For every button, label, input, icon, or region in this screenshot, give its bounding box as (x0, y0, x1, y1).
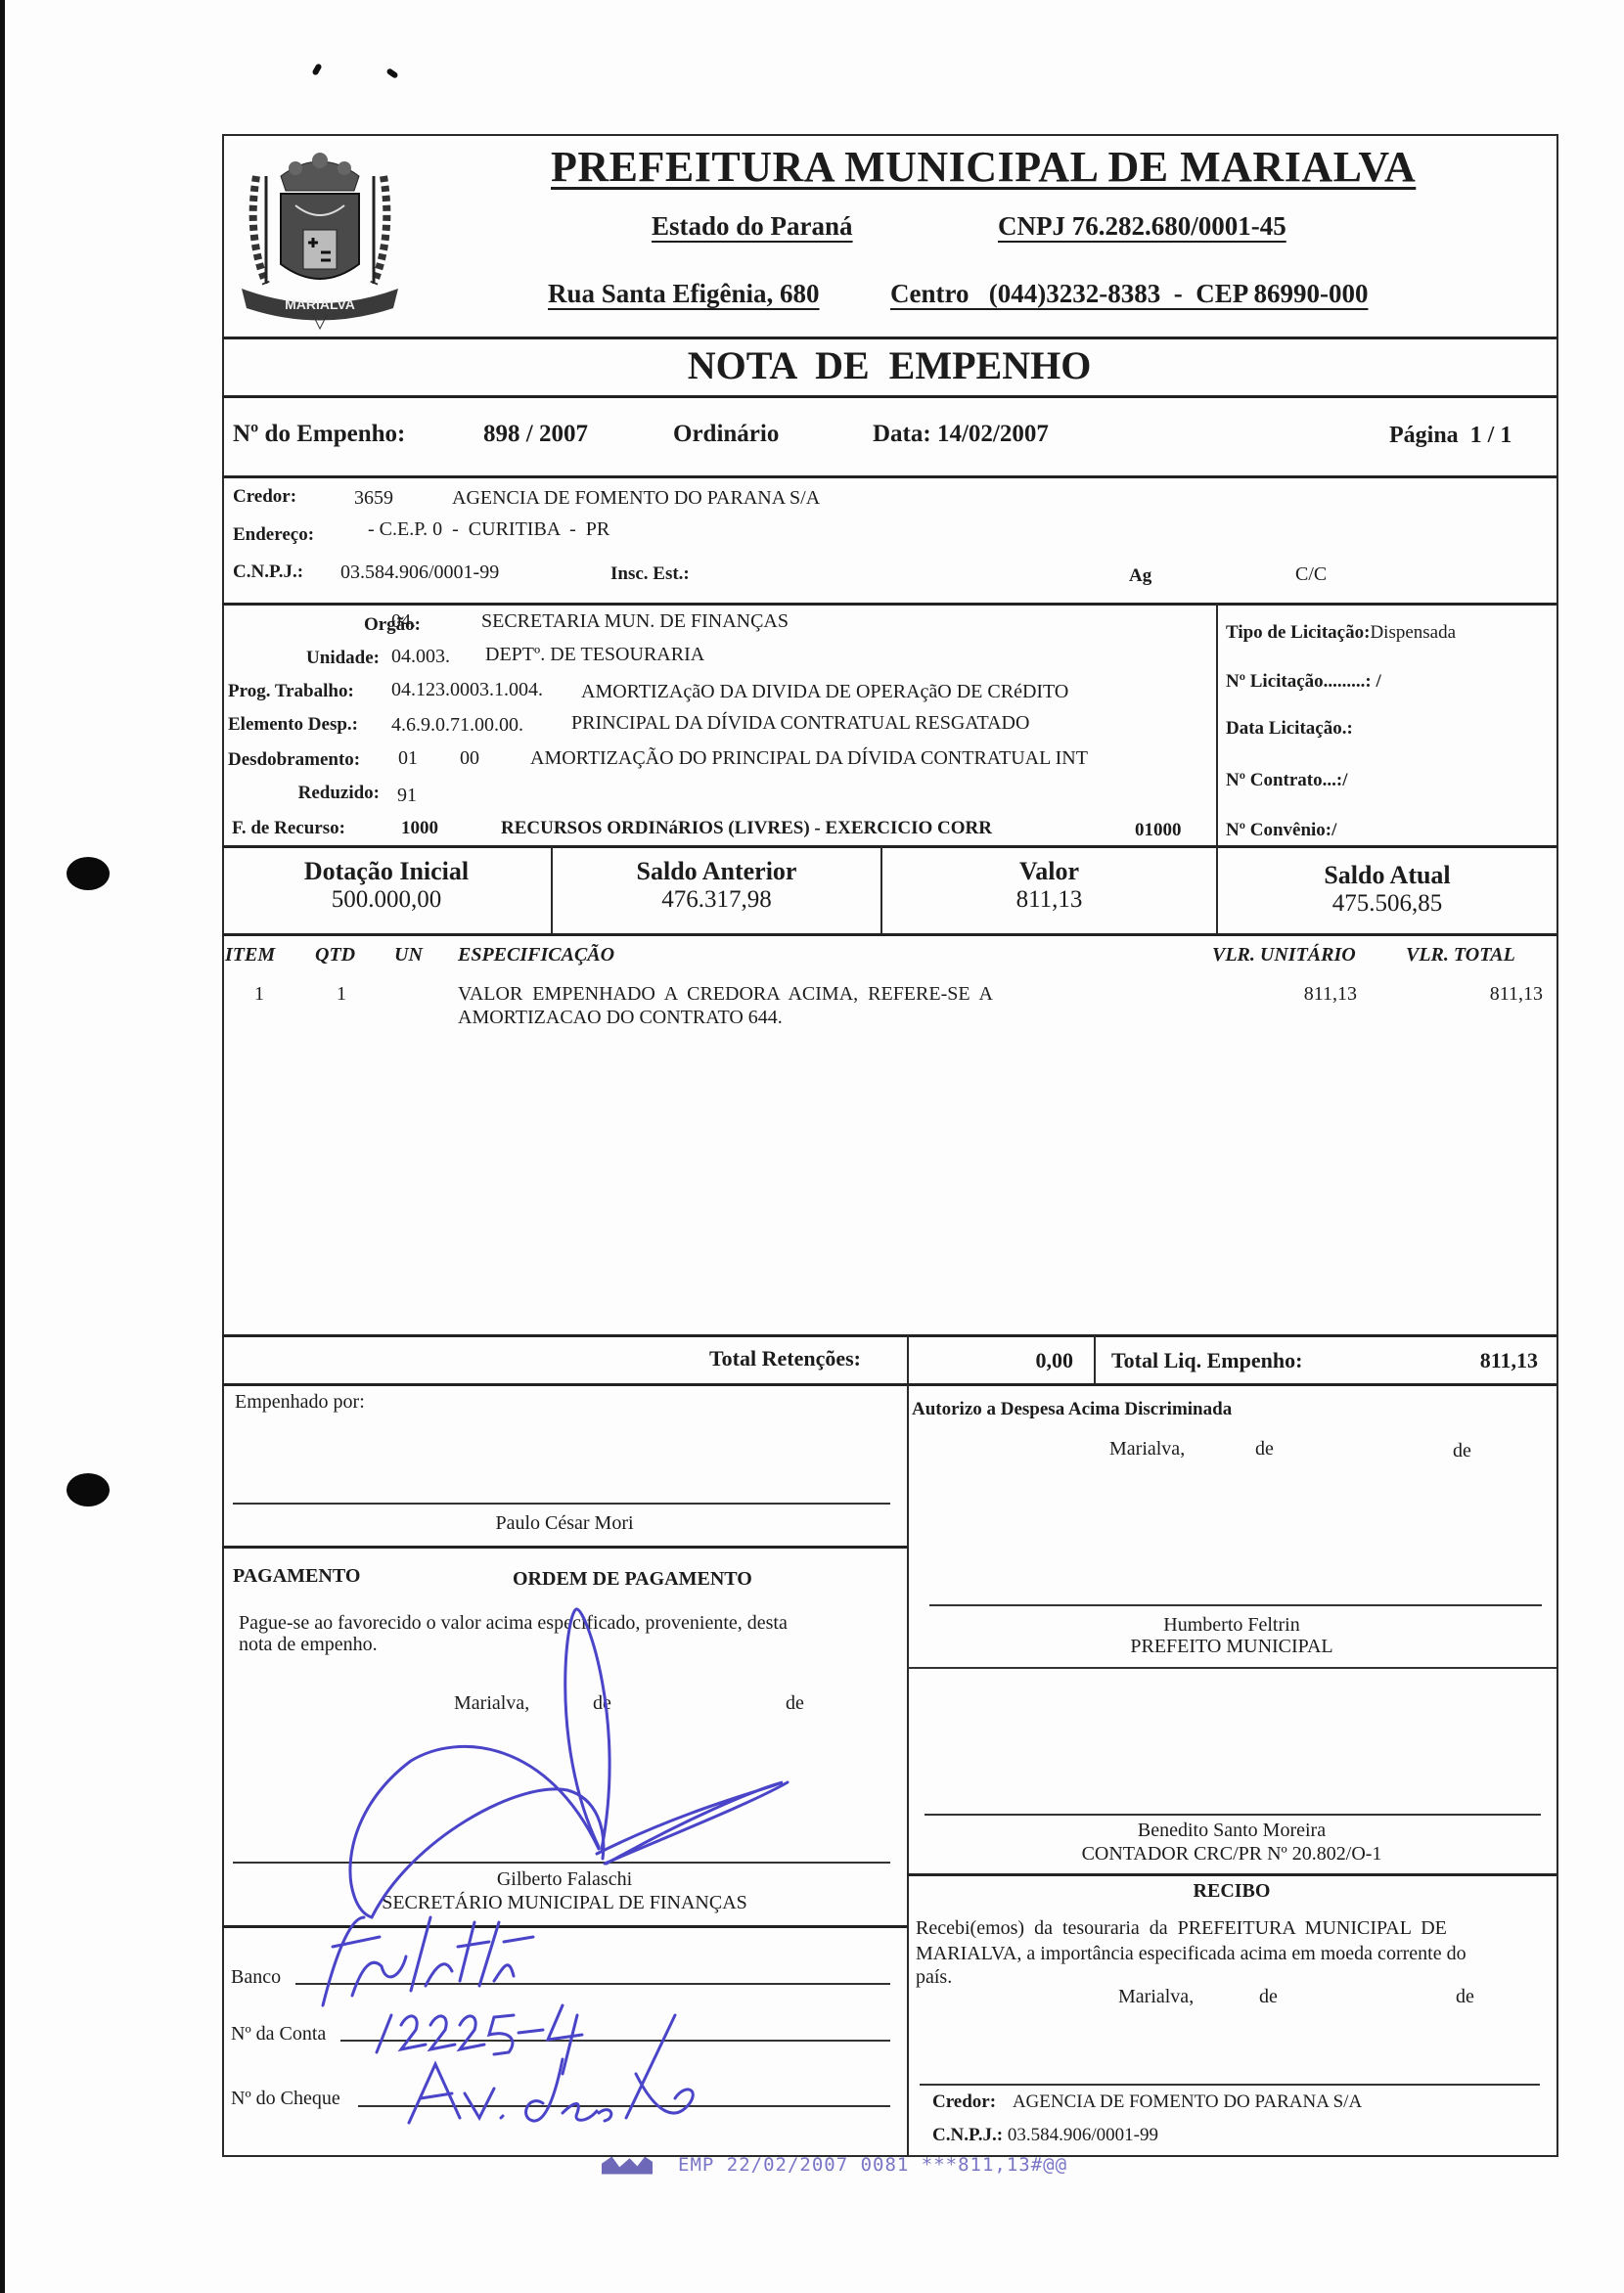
signature-line (929, 1604, 1542, 1606)
elemento-despesa-code: 4.6.9.0.71.00.00. (391, 714, 523, 737)
signature-line (233, 1862, 890, 1864)
pagamento-place: Marialva, (454, 1692, 529, 1715)
elemento-despesa-label: Elemento Desp.: (228, 714, 358, 736)
desdobramento-code-1: 01 (398, 747, 418, 770)
unidade-desc: DEPTº. DE TESOURARIA (485, 644, 704, 666)
item-number: 1 (254, 983, 264, 1006)
empenhado-signer: Paulo César Mori (222, 1512, 907, 1535)
scan-mark (311, 63, 322, 75)
tipo-licitacao-label: Tipo de Licitação: (1226, 622, 1370, 643)
col-qtd: QTD (315, 944, 355, 967)
pagamento-text-1: Pague-se ao favorecido o valor acima esp… (239, 1612, 788, 1635)
state-label: Estado do Paraná (652, 211, 853, 242)
saldo-anterior-label: Saldo Anterior (553, 857, 880, 886)
total-retencoes-label: Total Retenções: (587, 1346, 861, 1371)
dotacao-inicial: Dotação Inicial 500.000,00 (222, 857, 551, 914)
divider (907, 1384, 909, 2155)
saldo-anterior-value: 476.317,98 (553, 886, 880, 914)
dotacao-inicial-label: Dotação Inicial (222, 857, 551, 886)
credor-name: AGENCIA DE FOMENTO DO PARANA S/A (452, 487, 820, 510)
unidade-code: 04.003. (391, 646, 450, 668)
valor-label: Valor (882, 857, 1216, 886)
credor-code: 3659 (354, 487, 393, 510)
autorizo-de-2: de (1453, 1440, 1471, 1462)
item-spec-line-2: AMORTIZACAO DO CONTRATO 644. (458, 1007, 783, 1029)
pagamento-text-2: nota de empenho. (239, 1634, 378, 1656)
banco-field-line[interactable] (295, 1983, 890, 1985)
col-item: ITEM (225, 944, 275, 967)
saldo-atual: Saldo Atual 475.506,85 (1218, 861, 1556, 918)
recibo-de-1: de (1259, 1986, 1278, 2008)
saldo-atual-label: Saldo Atual (1218, 861, 1556, 890)
recibo-credor: Credor: AGENCIA DE FOMENTO DO PARANA S/A (932, 2091, 1362, 2113)
recibo-title: RECIBO (907, 1880, 1556, 1903)
item-qtd: 1 (337, 983, 346, 1006)
recibo-credor-label: Credor: (932, 2091, 996, 2112)
divider (222, 1334, 1556, 1337)
orgao-desc: SECRETARIA MUN. DE FINANÇAS (481, 610, 789, 633)
document-title: NOTA DE EMPENHO (222, 342, 1556, 388)
col-un: UN (394, 944, 423, 967)
reduzido-label: Reduzido: (225, 783, 380, 804)
numero-convenio: Nº Convênio:/ (1226, 820, 1336, 841)
unidade-label: Unidade: (225, 648, 380, 669)
punch-hole (67, 1473, 110, 1506)
total-liquido-label: Total Liq. Empenho: (1111, 1348, 1302, 1373)
divider (1216, 604, 1218, 846)
bank-stamp-logo-icon (602, 2157, 653, 2175)
prog-trabalho-label: Prog. Trabalho: (228, 681, 354, 702)
divider (222, 337, 1556, 339)
divider (222, 475, 1556, 478)
municipal-coat-of-arms-icon: MARIALVA (227, 137, 413, 333)
page-indicator: Página 1 / 1 (1389, 423, 1511, 449)
secretario-role: SECRETÁRIO MUNICIPAL DE FINANÇAS (222, 1892, 907, 1914)
signature-line (920, 2084, 1540, 2086)
autorizo-label: Autorizo a Despesa Acima Discriminada (912, 1399, 1232, 1420)
conta-label: Nº da Conta (231, 2023, 326, 2046)
credor-address: - C.E.P. 0 - CURITIBA - PR (368, 518, 609, 541)
punch-hole (67, 857, 110, 890)
pagamento-de-1: de (593, 1692, 611, 1715)
empenho-date: Data: 14/02/2007 (873, 421, 1049, 448)
recibo-cnpj-value: 03.584.906/0001-99 (1008, 2125, 1158, 2145)
scan-edge (0, 0, 5, 2293)
numero-contrato: Nº Contrato...:/ (1226, 770, 1347, 791)
recibo-text-1: Recebi(emos) da tesouraria da PREFEITURA… (916, 1917, 1542, 1940)
signature-line (233, 1503, 890, 1505)
desdobramento-code-2: 00 (460, 747, 479, 770)
signature-line (925, 1814, 1541, 1816)
recibo-text-2: MARIALVA, a importância especificada aci… (916, 1943, 1542, 1965)
prog-trabalho-code: 04.123.0003.1.004. (391, 679, 543, 701)
cheque-label: Nº do Cheque (231, 2088, 340, 2110)
recibo-text-3: país. (916, 1966, 952, 1989)
item-total-value: 811,13 (1445, 983, 1543, 1006)
recibo-place: Marialva, (1118, 1986, 1194, 2008)
credor-label: Credor: (233, 486, 296, 508)
pagamento-de-2: de (786, 1692, 804, 1715)
divider (222, 395, 1556, 398)
desdobramento-label: Desdobramento: (228, 749, 360, 771)
divider (907, 1667, 1556, 1669)
orgao-code: 04. (391, 610, 416, 633)
col-vlr-unitario: VLR. UNITÁRIO (1212, 944, 1356, 967)
municipality-title: PREFEITURA MUNICIPAL DE MARIALVA (551, 142, 1416, 192)
divider (222, 1383, 1556, 1386)
insc-est-label: Insc. Est.: (610, 563, 690, 585)
recibo-cnpj: C.N.P.J.: 03.584.906/0001-99 (932, 2125, 1158, 2146)
divider (222, 1546, 907, 1549)
desdobramento-desc: AMORTIZAÇÃO DO PRINCIPAL DA DÍVIDA CONTR… (530, 747, 1088, 770)
cheque-field-line[interactable] (358, 2105, 890, 2107)
divider (1094, 1335, 1096, 1384)
prefeito-name: Humberto Feltrin (907, 1614, 1556, 1637)
dotacao-inicial-value: 500.000,00 (222, 886, 551, 914)
empenhado-por-label: Empenhado por: (235, 1391, 365, 1414)
divider (222, 603, 1556, 606)
svg-text:MARIALVA: MARIALVA (285, 296, 355, 312)
municipality-address: Rua Santa Efigênia, 680 (548, 279, 820, 309)
autorizo-de-1: de (1255, 1438, 1274, 1461)
pagamento-label: PAGAMENTO (233, 1565, 360, 1588)
divider (907, 1873, 1556, 1876)
recibo-de-2: de (1456, 1986, 1474, 2008)
fonte-recurso-code-2: 01000 (1135, 820, 1182, 841)
banco-label: Banco (231, 1966, 281, 1989)
empenho-number: 898 / 2007 (483, 421, 588, 448)
fonte-recurso-desc: RECURSOS ORDINáRIOS (LIVRES) - EXERCICIO… (501, 818, 992, 839)
recibo-credor-name: AGENCIA DE FOMENTO DO PARANA S/A (1013, 2091, 1362, 2112)
col-vlr-total: VLR. TOTAL (1406, 944, 1515, 967)
elemento-despesa-desc: PRINCIPAL DA DÍVIDA CONTRATUAL RESGATADO (571, 712, 1029, 735)
divider (907, 1335, 909, 1384)
credor-cnpj-label: C.N.P.J.: (233, 562, 303, 583)
col-especificacao: ESPECIFICAÇÃO (458, 944, 614, 967)
total-retencoes-value: 0,00 (978, 1348, 1073, 1373)
numero-licitacao: Nº Licitação.........: / (1226, 671, 1381, 693)
conta-field-line[interactable] (340, 2040, 890, 2042)
autorizo-place: Marialva, (1109, 1438, 1185, 1461)
conta-corrente-label: C/C (1295, 563, 1327, 586)
ordem-pagamento-label: ORDEM DE PAGAMENTO (513, 1568, 752, 1591)
saldo-atual-value: 475.506,85 (1218, 890, 1556, 918)
empenho-number-label: Nº do Empenho: (233, 421, 405, 448)
secretario-name: Gilberto Falaschi (222, 1868, 907, 1891)
mechanical-authentication-stamp: EMP 22/02/2007 0081 ***811,13#@@ (602, 2154, 1067, 2176)
fonte-recurso-code: 1000 (401, 818, 438, 839)
scan-mark (385, 67, 398, 79)
total-liquido-value: 811,13 (1419, 1348, 1538, 1373)
valor: Valor 811,13 (882, 857, 1216, 914)
recibo-cnpj-label: C.N.P.J.: (932, 2125, 1003, 2145)
contador-role: CONTADOR CRC/PR Nº 20.802/O-1 (907, 1843, 1556, 1866)
endereco-label: Endereço: (233, 524, 314, 546)
divider (222, 845, 1556, 848)
divider (222, 933, 1556, 936)
item-spec-line-1: VALOR EMPENHADO A CREDORA ACIMA, REFERE-… (458, 983, 993, 1006)
data-licitacao: Data Licitação.: (1226, 718, 1353, 740)
credor-cnpj: 03.584.906/0001-99 (340, 562, 499, 584)
tipo-licitacao: Tipo de Licitação:Dispensada (1226, 622, 1456, 644)
empenho-type: Ordinário (673, 421, 779, 448)
contador-name: Benedito Santo Moreira (907, 1820, 1556, 1842)
municipality-contact: Centro (044)3232-8383 - CEP 86990-000 (890, 279, 1368, 309)
divider (222, 1925, 907, 1928)
valor-value: 811,13 (882, 886, 1216, 914)
fonte-recurso-label: F. de Recurso: (232, 818, 345, 839)
reduzido-value: 91 (397, 785, 417, 807)
saldo-anterior: Saldo Anterior 476.317,98 (553, 857, 880, 914)
prog-trabalho-desc: AMORTIZAçãO DA DIVIDA DE OPERAçãO DE CRé… (581, 681, 1068, 703)
item-unit-value: 811,13 (1259, 983, 1357, 1006)
table-row: 1 1 VALOR EMPENHADO A CREDORA ACIMA, REF… (222, 983, 1556, 1042)
agencia-label: Ag (1129, 565, 1151, 587)
municipality-cnpj: CNPJ 76.282.680/0001-45 (998, 211, 1286, 242)
stamp-text: EMP 22/02/2007 0081 ***811,13#@@ (678, 2154, 1067, 2176)
tipo-licitacao-value: Dispensada (1370, 622, 1456, 643)
prefeito-role: PREFEITO MUNICIPAL (907, 1636, 1556, 1658)
